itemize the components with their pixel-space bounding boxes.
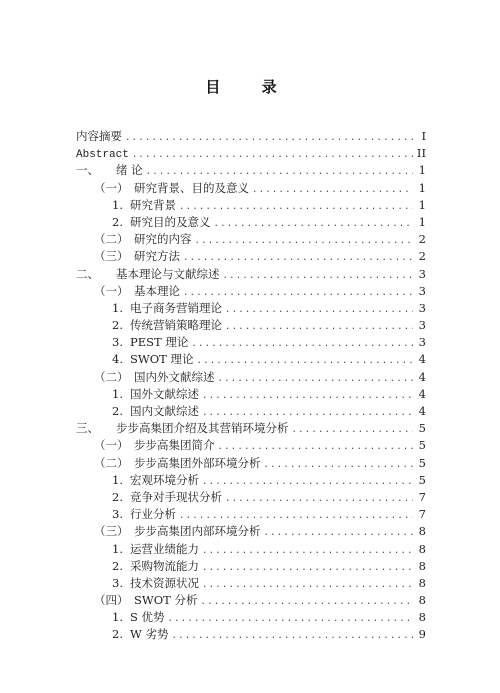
dot-leader (195, 233, 414, 250)
toc-entry-number: 三、 (76, 420, 116, 437)
dot-leader (264, 525, 414, 542)
toc-entry-label: 行业分析 (130, 506, 176, 523)
toc-entry-page: 3 (416, 317, 426, 334)
toc-entry[interactable]: （二）步步高集团外部环境分析5 (76, 455, 426, 472)
toc-entry-page: 5 (416, 437, 426, 454)
toc-entry-page: 2 (416, 248, 426, 265)
dot-leader (202, 560, 413, 577)
toc-entry-page: 5 (416, 420, 426, 437)
toc-entry-number: （一） (94, 437, 134, 454)
toc-entry[interactable]: 3.技术资源状况8 (76, 575, 426, 592)
toc-entry[interactable]: 1.电子商务营销理论3 (76, 300, 426, 317)
toc-entry-number: （四） (94, 592, 134, 609)
toc-entry-label: 技术资源状况 (130, 575, 199, 592)
toc-entry[interactable]: 三、步步高集团介绍及其营销环境分析5 (76, 420, 426, 437)
toc-entry-number: 二、 (76, 266, 116, 283)
dot-leader (196, 353, 413, 370)
toc-entry-number: 2. (112, 626, 130, 643)
dot-leader (225, 302, 413, 319)
toc-entry[interactable]: 2.竞争对手现状分析7 (76, 489, 426, 506)
toc-entry-page: 7 (416, 506, 426, 523)
toc-entry-page: 4 (416, 403, 426, 420)
toc-entry-number: 2. (112, 317, 130, 334)
dot-leader (202, 474, 413, 491)
toc-entry-label: W 劣势 (130, 626, 168, 643)
toc-entry-number: （二） (94, 455, 134, 472)
toc-entry[interactable]: （一）研究背景、目的及意义1 (76, 180, 426, 197)
toc-entry-label: SWOT 分析 (134, 592, 197, 609)
toc-entry[interactable]: （二）国内外文献综述4 (76, 369, 426, 386)
toc-entry-page: 3 (416, 334, 426, 351)
toc-entry-label: 步步高集团介绍及其营销环境分析 (116, 420, 289, 437)
toc-entry-label: 步步高集团外部环境分析 (134, 455, 261, 472)
toc-entry-page: 1 (416, 180, 426, 197)
dot-leader (168, 611, 413, 628)
toc-entry-label: 竞争对手现状分析 (130, 489, 222, 506)
toc-entry-number: 1. (112, 197, 130, 214)
dot-leader (202, 577, 413, 594)
toc-entry-page: 4 (416, 351, 426, 368)
toc-entry-label: 步步高集团内部环境分析 (134, 523, 261, 540)
toc-entry-number: 1. (112, 300, 130, 317)
toc-entry-number: 一、 (76, 162, 116, 179)
toc-entry-label: 内容摘要 (76, 128, 122, 145)
toc-entry-label: 电子商务营销理论 (130, 300, 222, 317)
toc-entry-page: 3 (416, 283, 426, 300)
toc-entry[interactable]: （四）SWOT 分析8 (76, 592, 426, 609)
toc-entry-page: 1 (416, 214, 426, 231)
toc-entry-label: SWOT 理论 (130, 351, 193, 368)
dot-leader (191, 336, 413, 353)
toc-entry-page: 8 (416, 558, 426, 575)
toc-entry-page: 7 (416, 489, 426, 506)
dot-leader (292, 422, 414, 439)
toc-entry-number: 2. (112, 214, 130, 231)
toc-entry-page: 1 (416, 162, 426, 179)
toc-entry-page: I (416, 128, 426, 145)
toc-entry[interactable]: 2.研究目的及意义1 (76, 214, 426, 231)
toc-entry-label: 研究背景 (130, 197, 176, 214)
toc-entry[interactable]: 二、基本理论与文献综述3 (76, 266, 426, 283)
toc-entry-page: 5 (416, 472, 426, 489)
toc-entry-number: 3. (112, 575, 130, 592)
toc-entry-page: 8 (416, 575, 426, 592)
toc-entry-label: 步步高集团简介 (134, 437, 215, 454)
toc-entry-page: 3 (416, 300, 426, 317)
toc-entry[interactable]: 1.宏观环境分析5 (76, 472, 426, 489)
toc-entry-label: 传统营销策略理论 (130, 317, 222, 334)
dot-leader (225, 491, 413, 508)
toc-entry-label: 运营业绩能力 (130, 541, 199, 558)
dot-leader (214, 216, 414, 233)
toc-entry-page: 8 (416, 541, 426, 558)
dot-leader (200, 594, 413, 611)
dot-leader (202, 388, 413, 405)
toc-entry-label: 基本理论 (134, 283, 180, 300)
toc-entry-number: （三） (94, 248, 134, 265)
toc-entry-page: 2 (416, 231, 426, 248)
toc-entry-page: 4 (416, 369, 426, 386)
dot-leader (202, 543, 413, 560)
toc-entry-label: 基本理论与文献综述 (116, 266, 220, 283)
toc-entry-number: 1. (112, 541, 130, 558)
toc-entry-page: 8 (416, 592, 426, 609)
toc-entry-number: 2. (112, 558, 130, 575)
toc-entry-label: S 优势 (130, 609, 165, 626)
toc-entry-label: 国内外文献综述 (134, 369, 215, 386)
toc-entry[interactable]: 一、绪 论1 (76, 162, 426, 179)
toc-entry-label: 研究背景、目的及意义 (134, 180, 249, 197)
toc-entry-label: 研究方法 (134, 248, 180, 265)
toc-entry[interactable]: 3.PEST 理论3 (76, 334, 426, 351)
toc-entry-number: 4. (112, 351, 130, 368)
toc-entry-number: （二） (94, 231, 134, 248)
dot-leader (218, 371, 414, 388)
toc-entry-number: 1. (112, 609, 130, 626)
dot-leader (225, 319, 413, 336)
dot-leader (223, 268, 414, 285)
toc-entry-label: 绪 论 (116, 162, 143, 179)
toc-entry-number: （三） (94, 523, 134, 540)
toc-entry-number: 1. (112, 386, 130, 403)
toc-entry-page: II (416, 145, 426, 162)
toc-entry[interactable]: （三）步步高集团内部环境分析8 (76, 523, 426, 540)
dot-leader (264, 457, 414, 474)
toc-entry[interactable]: （一）步步高集团简介5 (76, 437, 426, 454)
toc-entry-label: 研究目的及意义 (130, 214, 211, 231)
toc-entry[interactable]: （二）研究的内容2 (76, 231, 426, 248)
dot-leader (179, 199, 413, 216)
toc-entry-label: 研究的内容 (134, 231, 192, 248)
toc-entry[interactable]: 1.运营业绩能力8 (76, 541, 426, 558)
toc-entry-page: 8 (416, 523, 426, 540)
toc-entry-page: 4 (416, 386, 426, 403)
toc-entry[interactable]: （三）研究方法2 (76, 248, 426, 265)
dot-leader (171, 628, 413, 645)
toc-title: 目 录 (0, 76, 500, 97)
toc-entry-label: 国内文献综述 (130, 403, 199, 420)
toc-entry[interactable]: 2.采购物流能力8 (76, 558, 426, 575)
toc-entry[interactable]: 1.S 优势8 (76, 609, 426, 626)
toc-entry[interactable]: AbstractII (76, 145, 426, 162)
toc-entry-number: 2. (112, 489, 130, 506)
toc-entry-number: （一） (94, 283, 134, 300)
toc-entry-label: PEST 理论 (130, 334, 188, 351)
toc-entry-number: （二） (94, 369, 134, 386)
toc-entry-page: 3 (416, 266, 426, 283)
toc-entry-label: 宏观环境分析 (130, 472, 199, 489)
toc-entry[interactable]: 2.国内文献综述4 (76, 403, 426, 420)
table-of-contents: 内容摘要IAbstractII一、绪 论1（一）研究背景、目的及意义11.研究背… (76, 128, 426, 644)
toc-entry[interactable]: 3.行业分析7 (76, 506, 426, 523)
toc-entry[interactable]: （一）基本理论3 (76, 283, 426, 300)
toc-entry[interactable]: 1.研究背景1 (76, 197, 426, 214)
toc-entry-page: 9 (416, 626, 426, 643)
dot-leader (252, 182, 413, 199)
toc-entry[interactable]: 4.SWOT 理论4 (76, 351, 426, 368)
toc-entry[interactable]: 2.W 劣势9 (76, 626, 426, 643)
toc-entry-number: 2. (112, 403, 130, 420)
toc-entry-label: 国外文献综述 (130, 386, 199, 403)
toc-entry-number: 1. (112, 472, 130, 489)
toc-entry[interactable]: 2.传统营销策略理论3 (76, 317, 426, 334)
toc-entry-page: 5 (416, 455, 426, 472)
toc-entry-number: 3. (112, 334, 130, 351)
toc-entry-number: （一） (94, 180, 134, 197)
toc-entry-number: 3. (112, 506, 130, 523)
dot-leader (132, 147, 413, 164)
toc-entry-label: 采购物流能力 (130, 558, 199, 575)
dot-leader (125, 130, 413, 147)
toc-entry[interactable]: 1.国外文献综述4 (76, 386, 426, 403)
toc-entry-page: 1 (416, 197, 426, 214)
toc-entry-page: 8 (416, 609, 426, 626)
toc-entry[interactable]: 内容摘要I (76, 128, 426, 145)
